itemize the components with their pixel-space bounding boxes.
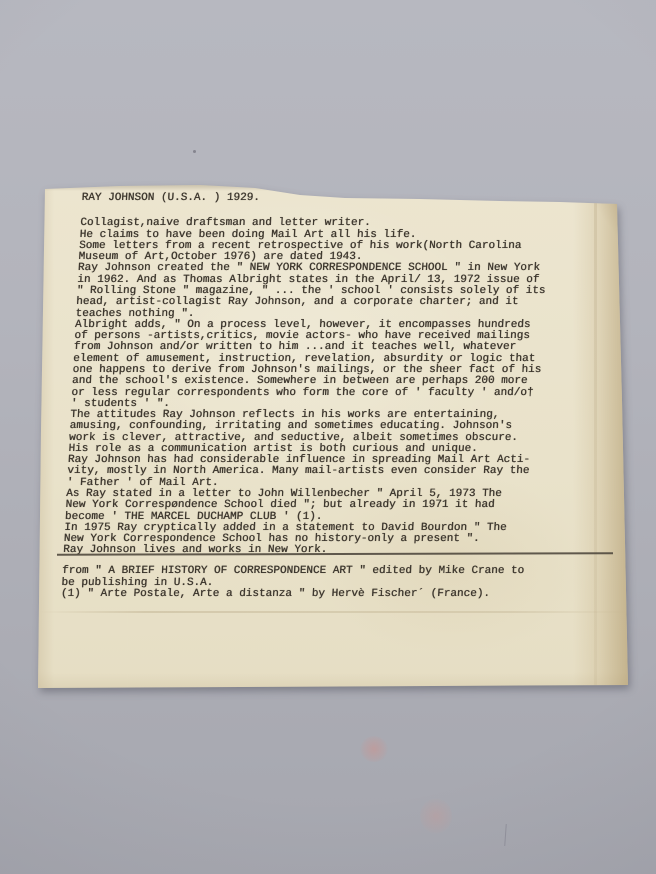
typewritten-line: from Johnson and/or written to him ...an… xyxy=(73,342,574,353)
typewritten-line: (1) " Arte Postale, Arte a distanza " by… xyxy=(61,589,562,600)
document-footer: from " A BRIEF HISTORY OF CORRESPONDENCE… xyxy=(61,566,563,600)
typewritten-line: from " A BRIEF HISTORY OF CORRESPONDENCE… xyxy=(62,566,563,577)
typewritten-line: New York Correspøndence School died "; b… xyxy=(65,500,566,511)
typewritten-line: amusing, confounding, irritating and som… xyxy=(69,421,570,432)
document-text: RAY JOHNSON (U.S.A. ) 1929. Collagist,na… xyxy=(61,190,582,600)
paper-horizontal-crease xyxy=(38,611,630,613)
document-body: Collagist,naive draftsman and letter wri… xyxy=(63,218,581,556)
paper-vertical-crease xyxy=(594,183,597,690)
typewritten-line: Ray Johnson created the " NEW YORK CORRE… xyxy=(78,263,579,274)
typewritten-line: head, artist-collagist Ray Johnson, and … xyxy=(76,297,577,308)
typewritten-line: and the school's existence. Somewhere in… xyxy=(72,376,573,387)
document-title: RAY JOHNSON (U.S.A. ) 1929. xyxy=(81,190,582,204)
paper-fold-shadow xyxy=(582,201,628,253)
typewritten-line: Collagist,naive draftsman and letter wri… xyxy=(80,218,581,229)
photo-scene: RAY JOHNSON (U.S.A. ) 1929. Collagist,na… xyxy=(0,0,656,874)
